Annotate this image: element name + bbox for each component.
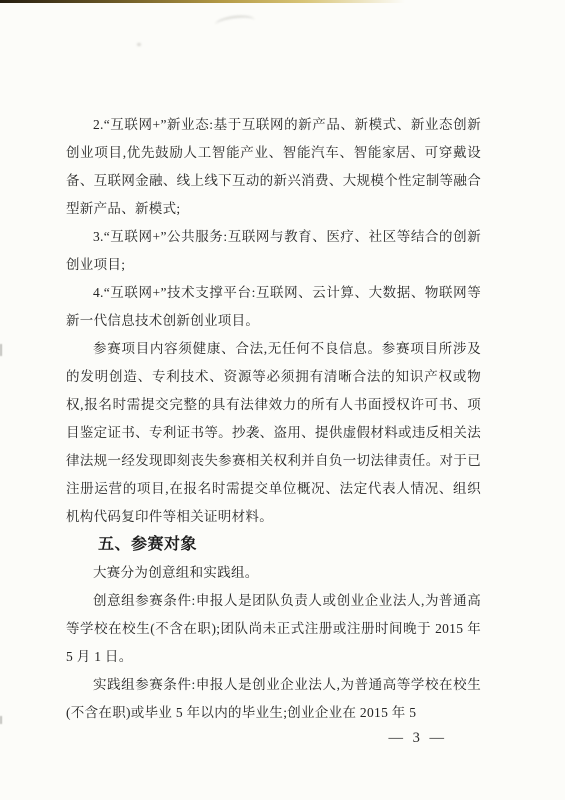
paragraph-rules-legality: 参赛项目内容须健康、合法,无任何不良信息。参赛项目所涉及的发明创造、专利技术、资…: [66, 335, 481, 531]
scan-dot-artifact: [137, 43, 141, 46]
scan-tick-artifact: [0, 716, 2, 724]
page-number: — 3 —: [389, 730, 448, 747]
section-heading-participants: 五、参赛对象: [66, 531, 481, 559]
paragraph-item2-new-business: 2.“互联网+”新业态:基于互联网的新产品、新模式、新业态创新创业项目,优先鼓励…: [66, 111, 481, 223]
document-body: 2.“互联网+”新业态:基于互联网的新产品、新模式、新业态创新创业项目,优先鼓励…: [66, 111, 481, 727]
scan-edge-artifact: [0, 0, 405, 3]
paragraph-item3-public-service: 3.“互联网+”公共服务:互联网与教育、医疗、社区等结合的创新创业项目;: [66, 223, 481, 279]
paragraph-practice-group: 实践组参赛条件:申报人是创业企业法人,为普通高等学校在校生(不含在职)或毕业 5…: [66, 671, 481, 727]
paragraph-item4-tech-platform: 4.“互联网+”技术支撑平台:互联网、云计算、大数据、物联网等新一代信息技术创新…: [66, 279, 481, 335]
scan-smudge-artifact: [214, 14, 255, 32]
paragraph-groups-intro: 大赛分为创意组和实践组。: [66, 559, 481, 587]
paragraph-creative-group: 创意组参赛条件:申报人是团队负责人或创业企业法人,为普通高等学校在校生(不含在职…: [66, 587, 481, 671]
scan-tick-artifact: [0, 344, 2, 356]
document-page: 2.“互联网+”新业态:基于互联网的新产品、新模式、新业态创新创业项目,优先鼓励…: [0, 0, 565, 800]
